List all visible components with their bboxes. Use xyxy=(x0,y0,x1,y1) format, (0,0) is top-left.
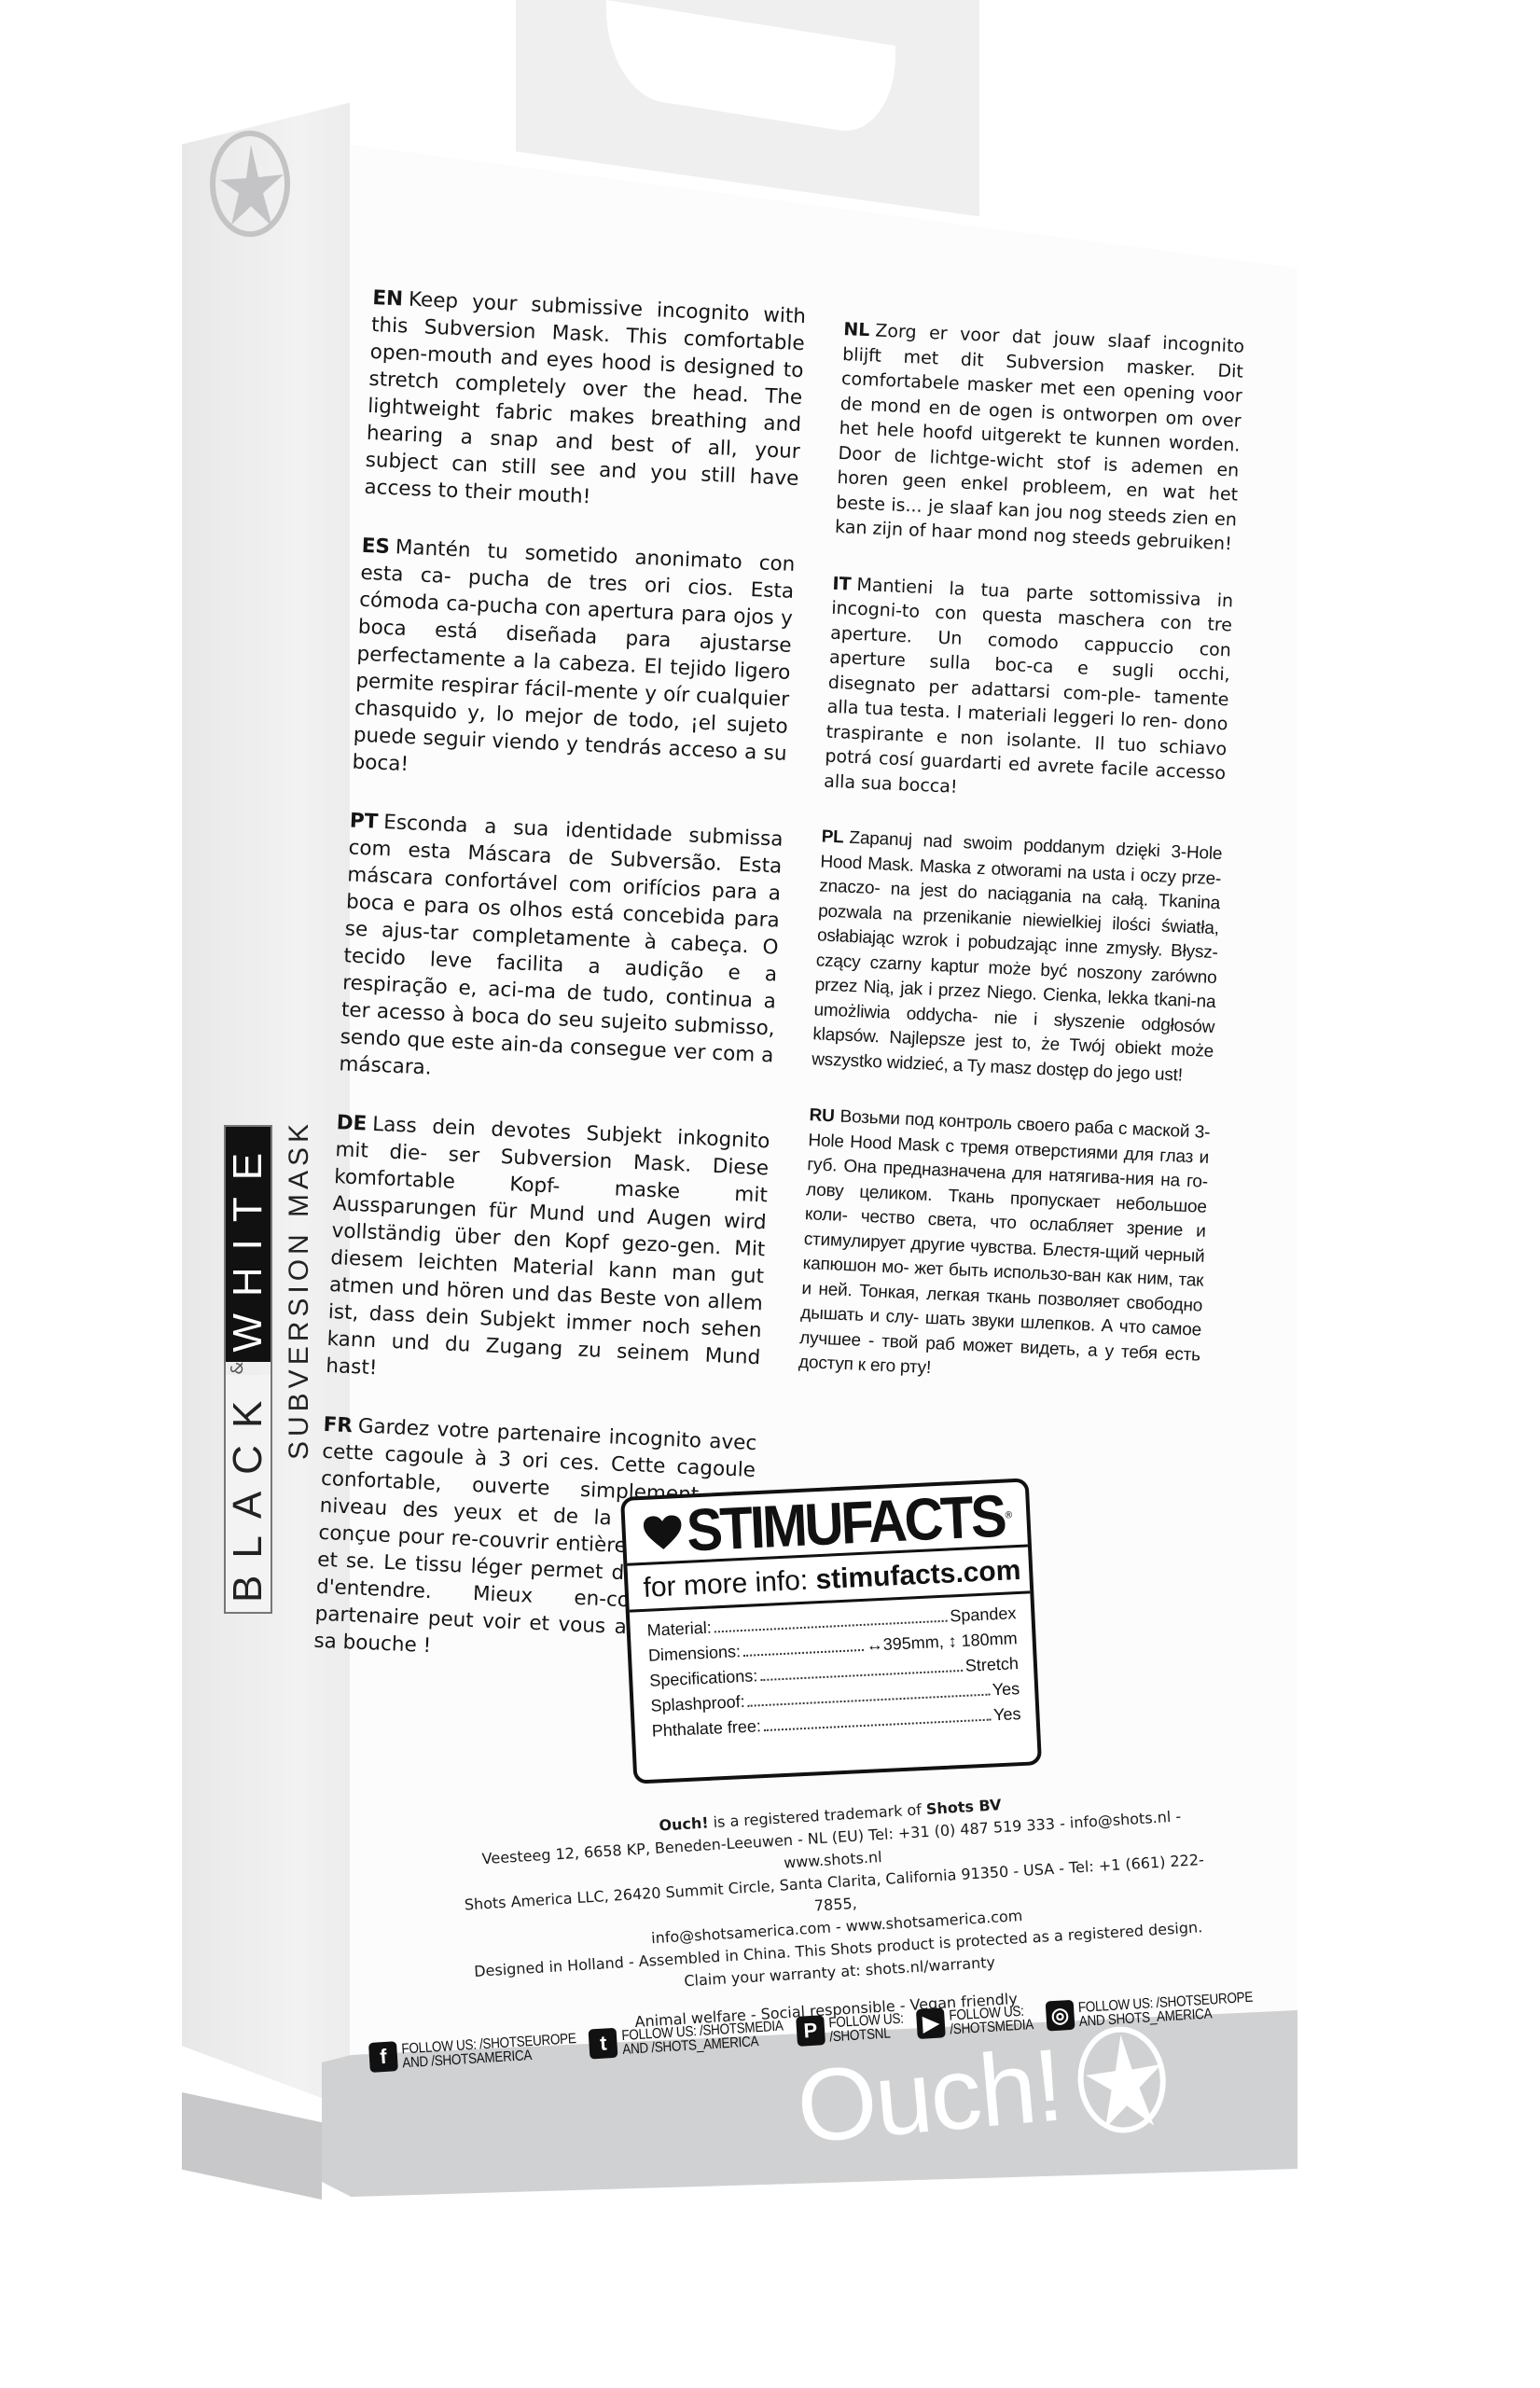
spec-value: Spandex xyxy=(950,1604,1017,1626)
social-handle: FOLLOW US: /SHOTSNL xyxy=(828,2011,905,2044)
description-nl-text: Zorg er voor dat jouw slaaf incognito bl… xyxy=(835,320,1245,554)
description-pt-text: Esconda a sua identidade submissa com es… xyxy=(339,811,784,1079)
spec-value: Yes xyxy=(993,1704,1021,1725)
description-ru-text: Возьми под контроль своего раба с маской… xyxy=(798,1107,1211,1378)
description-de-text: Lass dein devotes Subjekt inkognito mit … xyxy=(326,1113,770,1380)
dot-leader xyxy=(748,1694,990,1707)
spec-label: Material: xyxy=(646,1618,712,1641)
spec-label: Dimensions: xyxy=(648,1642,742,1666)
spec-value: Yes xyxy=(992,1679,1020,1700)
spec-list: Material:Spandex Dimensions:↔395mm, ↕ 18… xyxy=(630,1593,1036,1747)
trademark-brand: Ouch! xyxy=(659,1813,709,1834)
stimufacts-box: STIMUFACTS ® for more info: stimufacts.c… xyxy=(620,1478,1042,1784)
description-en: ENKeep your submissive incognito with th… xyxy=(364,285,807,520)
spec-label: Phthalate free: xyxy=(651,1716,761,1741)
lang-code-it: IT xyxy=(832,573,852,594)
description-ru: RUВозьми под контроль своего раба с маск… xyxy=(798,1104,1210,1393)
spec-label: Specifications: xyxy=(649,1666,758,1690)
description-it: ITMantieni la tua parte sottomissiva in … xyxy=(824,571,1234,811)
facebook-icon: f xyxy=(368,2041,398,2073)
lang-code-ru: RU xyxy=(809,1105,835,1126)
lang-code-es: ES xyxy=(361,535,390,559)
stimufacts-url: stimufacts.com xyxy=(815,1555,1021,1595)
dot-leader xyxy=(715,1620,948,1633)
youtube-icon: ▶ xyxy=(916,2007,946,2039)
description-nl: NLZorg er voor dat jouw slaaf incognito … xyxy=(835,317,1245,557)
info-prefix: for more info: xyxy=(643,1565,809,1604)
twitter-icon: t xyxy=(589,2028,618,2060)
description-pl-text: Zapanuj nad swoim poddanym dzięki 3-Hole… xyxy=(812,828,1223,1085)
brand-white-text: WHITE xyxy=(226,1127,271,1362)
ouch-logo-text: Ouch! xyxy=(793,2034,1065,2159)
instagram-icon: ◎ xyxy=(1045,2000,1075,2032)
description-es: ESMantén tu sometido anonimato con esta … xyxy=(352,533,796,795)
trademark-owner: Shots BV xyxy=(925,1796,1002,1818)
heart-icon xyxy=(642,1506,685,1557)
description-de: DELass dein devotes Subjekt inkognito mi… xyxy=(326,1109,770,1398)
side-panel-bottom-band xyxy=(182,2092,322,2200)
star-in-circle-icon xyxy=(207,126,291,238)
description-es-text: Mantén tu sometido anonimato con esta ca… xyxy=(352,535,796,776)
star-in-circle-icon xyxy=(1069,2020,1172,2140)
description-it-text: Mantieni la tua parte sottomissiva in in… xyxy=(824,574,1234,797)
lang-code-de: DE xyxy=(336,1111,368,1135)
lang-code-fr: FR xyxy=(323,1413,353,1437)
description-pt: PTEsconda a sua identidade submissa com … xyxy=(339,807,784,1096)
spec-label: Splashproof: xyxy=(650,1692,745,1716)
lang-code-nl: NL xyxy=(843,319,870,340)
spec-value: Stretch xyxy=(964,1654,1019,1676)
stimufacts-brand: STIMUFACTS xyxy=(686,1486,1006,1561)
dot-leader xyxy=(743,1649,864,1657)
pinterest-icon: P xyxy=(796,2015,825,2047)
description-column-right: NLZorg er voor dat jouw slaaf incognito … xyxy=(797,317,1245,1424)
registered-mark: ® xyxy=(1004,1510,1014,1520)
brand-ampersand: & xyxy=(226,1362,271,1375)
brand-black-text: BLACK xyxy=(226,1375,271,1612)
product-name-vertical: SUBVERSION MASK xyxy=(284,1119,315,1460)
lang-code-en: EN xyxy=(372,286,404,311)
dot-leader xyxy=(764,1719,991,1731)
lang-code-pl: PL xyxy=(821,826,844,847)
brand-black-white-logo: BLACK & WHITE xyxy=(224,1125,272,1614)
lang-code-pt: PT xyxy=(349,809,378,833)
dot-leader xyxy=(760,1670,963,1681)
description-en-text: Keep your submissive incognito with this… xyxy=(364,288,807,509)
description-pl: PLZapanuj nad swoim poddanym dzięki 3-Ho… xyxy=(812,825,1223,1090)
